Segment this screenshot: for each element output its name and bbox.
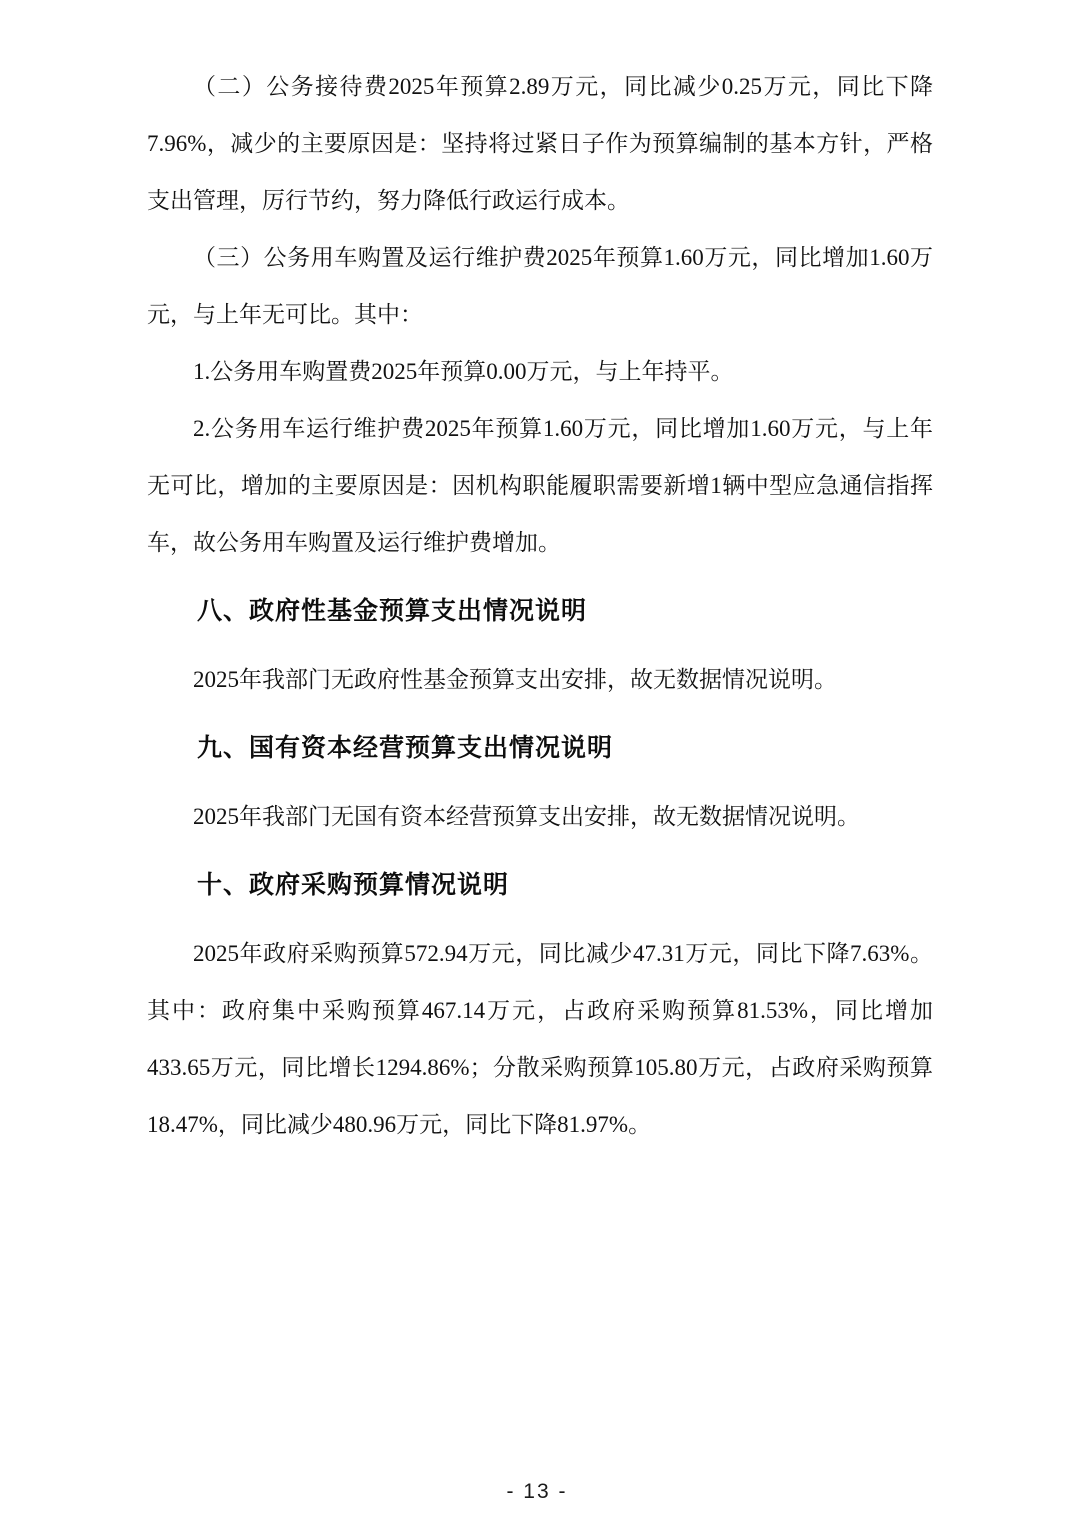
paragraph-section-8-government-fund-budget: 2025年我部门无政府性基金预算支出安排，故无数据情况说明。 <box>147 651 933 708</box>
paragraph-section-9-state-capital-budget: 2025年我部门无国有资本经营预算支出安排，故无数据情况说明。 <box>147 788 933 845</box>
paragraph-vehicle-purchase: 1.公务用车购置费2025年预算0.00万元，与上年持平。 <box>147 343 933 400</box>
page-footer: - 13 - <box>0 1480 1074 1504</box>
heading-section-9-state-capital-budget: 九、国有资本经营预算支出情况说明 <box>147 726 933 770</box>
paragraph-vehicle-maintenance: 2.公务用车运行维护费2025年预算1.60万元，同比增加1.60万元，与上年无… <box>147 400 933 571</box>
paragraph-section-10-procurement-budget: 2025年政府采购预算572.94万元，同比减少47.31万元，同比下降7.63… <box>147 925 933 1153</box>
paragraph-vehicle-expense: （三）公务用车购置及运行维护费2025年预算1.60万元，同比增加1.60万元，… <box>147 229 933 343</box>
paragraph-reception-expense: （二）公务接待费2025年预算2.89万元，同比减少0.25万元，同比下降7.9… <box>147 58 933 229</box>
page-number: - 13 - <box>506 1480 567 1503</box>
document-page: （二）公务接待费2025年预算2.89万元，同比减少0.25万元，同比下降7.9… <box>0 0 1074 1520</box>
heading-section-8-government-fund-budget: 八、政府性基金预算支出情况说明 <box>147 589 933 633</box>
heading-section-10-procurement-budget: 十、政府采购预算情况说明 <box>147 863 933 907</box>
document-content: （二）公务接待费2025年预算2.89万元，同比减少0.25万元，同比下降7.9… <box>0 0 1074 1153</box>
